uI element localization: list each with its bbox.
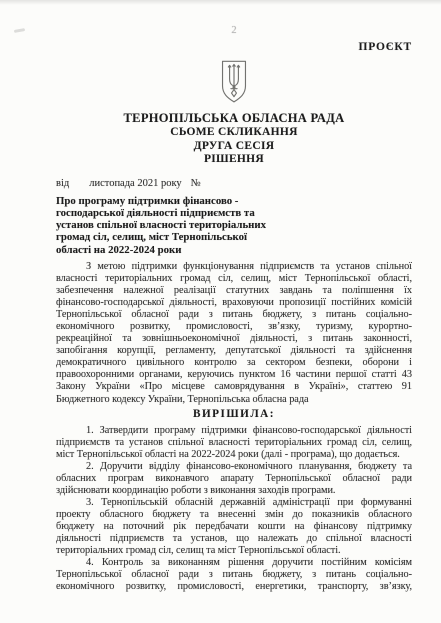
text-line: Тернопільської обласної ради з питань бю… [56,569,412,581]
text-line: господарської діяльності підприємств та [56,207,412,219]
text-line: діяльності підприємств та установ, що на… [56,533,412,545]
convocation: СЬОМЕ СКЛИКАННЯ [56,126,412,140]
date-from-label: від [56,178,69,189]
document-type: РІШЕННЯ [56,153,412,167]
text-line: Про програму підтримки фінансово - [56,195,412,207]
text-line: бюджету на поточний рік передбачати кошт… [56,521,412,533]
text-line: Тернопільської обласної ради з питань бю… [56,309,412,321]
text-line: економічного розвитку, промисловості, зв… [56,321,412,333]
scanned-document-page: 2 ПРОЄКТ ТЕРНОПІЛЬСЬКА ОБЛАСНА РАДА СЬОМ… [0,0,441,623]
text-line: З метою підтримки функціонування підприє… [56,261,412,273]
document-title: Про програму підтримки фінансово -господ… [56,195,412,256]
text-line: проекту обласного бюджету та внесенні зм… [56,509,412,521]
text-line: правоохоронними органами, керуючись пунк… [56,369,412,381]
text-line: рекреаційної та зовнішньоекономічної дія… [56,333,412,345]
text-line: власності територіальних громад сіл, сел… [56,273,412,285]
number-sign: № [191,178,201,189]
text-line: області на 2022-2024 роки [56,244,412,256]
text-line: установ спільної власності територіальни… [56,219,412,231]
scan-edge-artifact [0,0,441,5]
text-line: підприємств та установ спільної власност… [56,437,412,449]
text-line: 4. Контроль за виконанням рішення доручи… [56,557,412,569]
ukraine-trident-emblem-icon [219,59,249,106]
date-value: листопада 2021 року [89,178,181,189]
text-line: 1. Затвердити програму підтримки фінансо… [56,425,412,437]
resolved-heading: ВИРІШИЛА: [56,407,412,421]
text-line: здійснювати координацію роботи з виконан… [56,485,412,497]
text-line: демократичного цивільного контролю за се… [56,357,412,369]
text-line: громад сіл, селищ, міст Тернопільської [56,231,412,243]
emblem-container [56,59,412,106]
text-line: Закону України «Про місцеве самоврядуван… [56,381,412,393]
text-line: фінансово-господарської діяльності, врах… [56,297,412,309]
page-number: 2 [56,24,412,37]
resolution-item-3: 3. Тернопільській обласній державній адм… [56,497,412,557]
session: ДРУГА СЕСІЯ [56,140,412,154]
text-line: міст Тернопільської області на 2022-2024… [56,449,412,461]
resolution-item-1: 1. Затвердити програму підтримки фінансо… [56,425,412,461]
draft-label: ПРОЄКТ [56,40,412,54]
date-line: відлистопада 2021 року№ [56,177,412,190]
text-line: обласних програм виконавчого апарату Тер… [56,473,412,485]
council-name: ТЕРНОПІЛЬСЬКА ОБЛАСНА РАДА [56,111,412,126]
text-line: 3. Тернопільській обласній державній адм… [56,497,412,509]
text-line: територіальних громад сіл, селищ та міст… [56,545,412,557]
text-line: економічного розвитку, промисловості, ен… [56,581,412,593]
document-header: ТЕРНОПІЛЬСЬКА ОБЛАСНА РАДА СЬОМЕ СКЛИКАН… [56,111,412,167]
text-line: Бюджетного кодексу України, Тернопільськ… [56,394,412,406]
scan-smudge-artifact [14,28,25,33]
preamble-paragraph: З метою підтримки функціонування підприє… [56,261,412,406]
resolution-item-2: 2. Доручити відділу фінансово-економічно… [56,461,412,497]
text-line: запобігання корупції, регламенту, депута… [56,345,412,357]
text-line: 2. Доручити відділу фінансово-економічно… [56,461,412,473]
text-line: забезпечення належної реалізації статутн… [56,285,412,297]
resolution-item-4: 4. Контроль за виконанням рішення доручи… [56,557,412,593]
resolution-items: 1. Затвердити програму підтримки фінансо… [56,425,412,594]
